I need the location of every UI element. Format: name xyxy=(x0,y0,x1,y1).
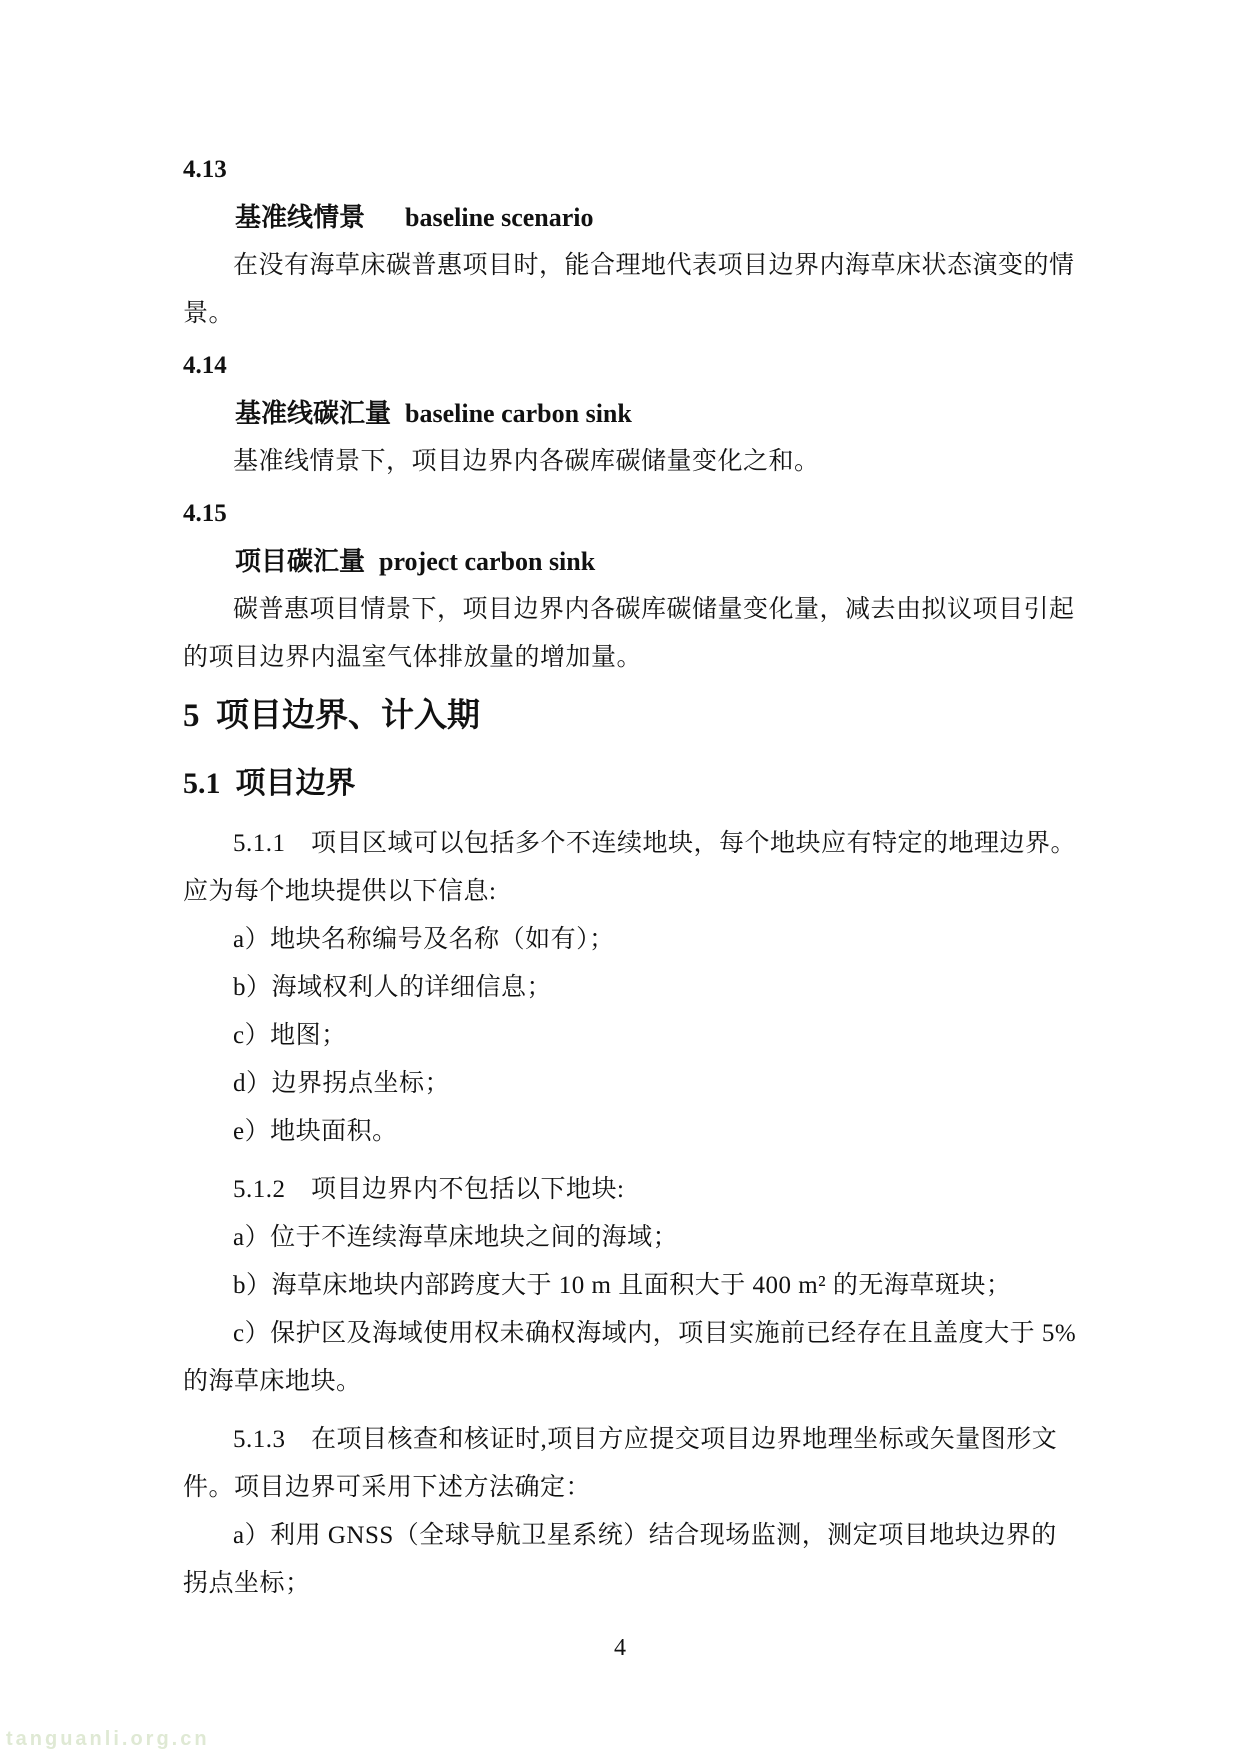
text-line: d）边界拐点坐标； xyxy=(183,1060,1063,1108)
list-item: e）地块面积。 xyxy=(183,1108,1063,1156)
list-item: a）位于不连续海草床地块之间的海域； xyxy=(183,1214,1063,1262)
definition-term: 基准线碳汇量baseline carbon sink xyxy=(183,390,1063,438)
paragraph: 碳普惠项目情景下，项目边界内各碳库碳储量变化量，减去由拟议项目引起的项目边界内温… xyxy=(183,586,1063,682)
text-line: 5.1.3 在项目核查和核证时,项目方应提交项目边界地理坐标或矢量图形文 xyxy=(183,1416,1063,1464)
list-item: d）边界拐点坐标； xyxy=(183,1060,1063,1108)
list-item: a）利用 GNSS（全球导航卫星系统）结合现场监测，测定项目地块边界的拐点坐标； xyxy=(183,1512,1063,1608)
text-line: 景。 xyxy=(183,290,1063,338)
text-line: a）位于不连续海草床地块之间的海域； xyxy=(183,1214,1063,1262)
text-line: b）海域权利人的详细信息； xyxy=(183,964,1063,1012)
text-line: c）保护区及海域使用权未确权海域内，项目实施前已经存在且盖度大于 5% xyxy=(183,1310,1063,1358)
term-en: baseline carbon sink xyxy=(405,399,632,428)
paragraph: 5.1.1 项目区域可以包括多个不连续地块，每个地块应有特定的地理边界。应为每个… xyxy=(183,820,1063,916)
watermark: tanguanli.org.cn xyxy=(6,1726,210,1752)
text-line: a）地块名称编号及名称（如有）； xyxy=(183,916,1063,964)
text-line: 5.1.2 项目边界内不包括以下地块: xyxy=(183,1166,1063,1214)
chapter-heading: 5 项目边界、计入期 xyxy=(183,690,1063,742)
term-zh: 基准线碳汇量 xyxy=(235,399,391,428)
term-en: baseline scenario xyxy=(405,203,594,232)
list-item: b）海草床地块内部跨度大于 10 m 且面积大于 400 m² 的无海草斑块； xyxy=(183,1262,1063,1310)
clause-number: 4.13 xyxy=(183,146,1063,194)
paragraph: 5.1.2 项目边界内不包括以下地块: xyxy=(183,1166,1063,1214)
list-item: c）保护区及海域使用权未确权海域内，项目实施前已经存在且盖度大于 5%的海草床地… xyxy=(183,1310,1063,1406)
text-line: 件。项目边界可采用下述方法确定： xyxy=(183,1464,1063,1512)
page-number: 4 xyxy=(0,1630,1240,1666)
text-line: b）海草床地块内部跨度大于 10 m 且面积大于 400 m² 的无海草斑块； xyxy=(183,1262,1063,1310)
text-line: 应为每个地块提供以下信息: xyxy=(183,868,1063,916)
text-line: 基准线情景下，项目边界内各碳库碳储量变化之和。 xyxy=(183,438,1063,486)
text-line: c）地图； xyxy=(183,1012,1063,1060)
section-heading: 5.1 项目边界 xyxy=(183,758,1063,810)
text-line: 的海草床地块。 xyxy=(183,1358,1063,1406)
text-line: 拐点坐标； xyxy=(183,1560,1063,1608)
paragraph: 基准线情景下，项目边界内各碳库碳储量变化之和。 xyxy=(183,438,1063,486)
term-zh: 项目碳汇量 xyxy=(235,547,365,576)
list-item: a）地块名称编号及名称（如有）； xyxy=(183,916,1063,964)
text-line: 5.1.1 项目区域可以包括多个不连续地块，每个地块应有特定的地理边界。 xyxy=(183,820,1063,868)
document-content: 4.13基准线情景baseline scenario在没有海草床碳普惠项目时，能… xyxy=(183,0,1063,1608)
paragraph: 5.1.3 在项目核查和核证时,项目方应提交项目边界地理坐标或矢量图形文件。项目… xyxy=(183,1416,1063,1512)
text-line: 的项目边界内温室气体排放量的增加量。 xyxy=(183,634,1063,682)
definition-term: 基准线情景baseline scenario xyxy=(183,194,1063,242)
document-page: 4.13基准线情景baseline scenario在没有海草床碳普惠项目时，能… xyxy=(0,0,1240,1753)
list-item: c）地图； xyxy=(183,1012,1063,1060)
clause-number: 4.14 xyxy=(183,342,1063,390)
term-zh: 基准线情景 xyxy=(235,203,365,232)
definition-term: 项目碳汇量project carbon sink xyxy=(183,538,1063,586)
text-line: a）利用 GNSS（全球导航卫星系统）结合现场监测，测定项目地块边界的 xyxy=(183,1512,1063,1560)
clause-number: 4.15 xyxy=(183,490,1063,538)
text-line: 碳普惠项目情景下，项目边界内各碳库碳储量变化量，减去由拟议项目引起 xyxy=(183,586,1063,634)
term-en: project carbon sink xyxy=(379,547,595,576)
text-line: e）地块面积。 xyxy=(183,1108,1063,1156)
text-line: 在没有海草床碳普惠项目时，能合理地代表项目边界内海草床状态演变的情 xyxy=(183,242,1063,290)
paragraph: 在没有海草床碳普惠项目时，能合理地代表项目边界内海草床状态演变的情景。 xyxy=(183,242,1063,338)
list-item: b）海域权利人的详细信息； xyxy=(183,964,1063,1012)
